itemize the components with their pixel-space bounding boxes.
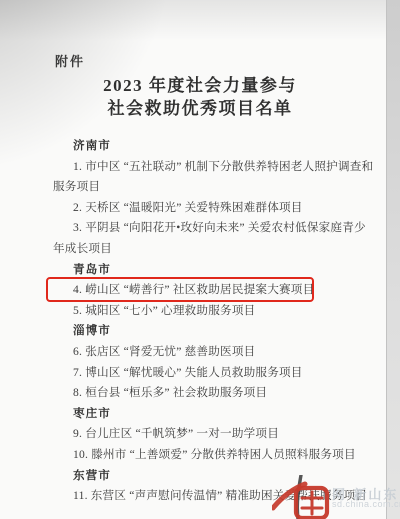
project-line-text: 服务项目 [53,180,100,193]
project-line-text: 6. 张店区 “肾爱无忧” 慈善助医项目 [73,345,255,358]
attachment-label: 附件 [55,51,85,70]
city-header: 东营市 [53,466,388,487]
project-line: 2. 天桥区 “温暖阳光” 关爱特殊困难群体项目 [53,198,388,219]
city-header: 枣庄市 [53,404,388,425]
project-line: 6. 张店区 “肾爱无忧” 慈善助医项目 [53,342,388,363]
document-photo: 附件 2023 年度社会力量参与 社会救助优秀项目名单 济南市1. 市中区 “五… [0,0,400,519]
project-line: 10. 滕州市 “上善颂爱” 分散供养特困人员照料服务项目 [53,445,388,466]
highlight-box [46,277,314,302]
project-line-text: 3. 平阴县 “向阳花开•玫好向未来” 关爱农村低保家庭青少 [73,221,366,234]
project-line-text: 年成长项目 [53,242,112,255]
project-line: 8. 桓台县 “桓乐多” 社会救助服务项目 [53,383,388,404]
project-line-text: 10. 滕州市 “上善颂爱” 分散供养特困人员照料服务项目 [73,448,356,461]
project-line-text: 5. 城阳区 “七小” 心理救助服务项目 [73,304,255,317]
project-line: 9. 台儿庄区 “千帆筑梦” 一对一助学项目 [53,424,388,445]
project-line-text: 11. 东营区 “声声慰问传温情” 精准助困关爱帮扶服务项目 [73,489,367,502]
project-line-text: 9. 台儿庄区 “千帆筑梦” 一对一助学项目 [73,427,279,440]
project-line: 5. 城阳区 “七小” 心理救助服务项目 [53,301,388,322]
project-line: 服务项目 [53,177,388,198]
document-title: 2023 年度社会力量参与 社会救助优秀项目名单 [30,74,370,120]
project-list: 济南市1. 市中区 “五社联动” 机制下分散供养特困老人照护调查和服务项目2. … [53,136,388,507]
project-line-text: 1. 市中区 “五社联动” 机制下分散供养特困老人照护调查和 [73,160,373,173]
project-line-text: 7. 博山区 “解忧暖心” 失能人员救助服务项目 [73,366,303,379]
photo-top-shadow [0,0,400,48]
project-line: 11. 东营区 “声声慰问传温情” 精准助困关爱帮扶服务项目 [53,486,388,507]
project-line-text: 8. 桓台县 “桓乐多” 社会救助服务项目 [73,386,267,399]
city-header: 淄博市 [53,321,388,342]
project-line: 1. 市中区 “五社联动” 机制下分散供养特困老人照护调查和 [53,157,388,178]
page-right-edge [386,0,400,519]
project-line: 年成长项目 [53,239,388,260]
city-header: 济南市 [53,136,388,157]
project-line-text: 2. 天桥区 “温暖阳光” 关爱特殊困难群体项目 [73,201,303,214]
title-line-2: 社会救助优秀项目名单 [30,97,370,120]
highlighted-project-line: 4. 崂山区 “崂善行” 社区救助居民提案大赛项目 [53,280,388,301]
project-line: 3. 平阴县 “向阳花开•玫好向未来” 关爱农村低保家庭青少 [53,218,388,239]
project-line: 7. 博山区 “解忧暖心” 失能人员救助服务项目 [53,363,388,384]
title-line-1: 2023 年度社会力量参与 [30,74,370,97]
